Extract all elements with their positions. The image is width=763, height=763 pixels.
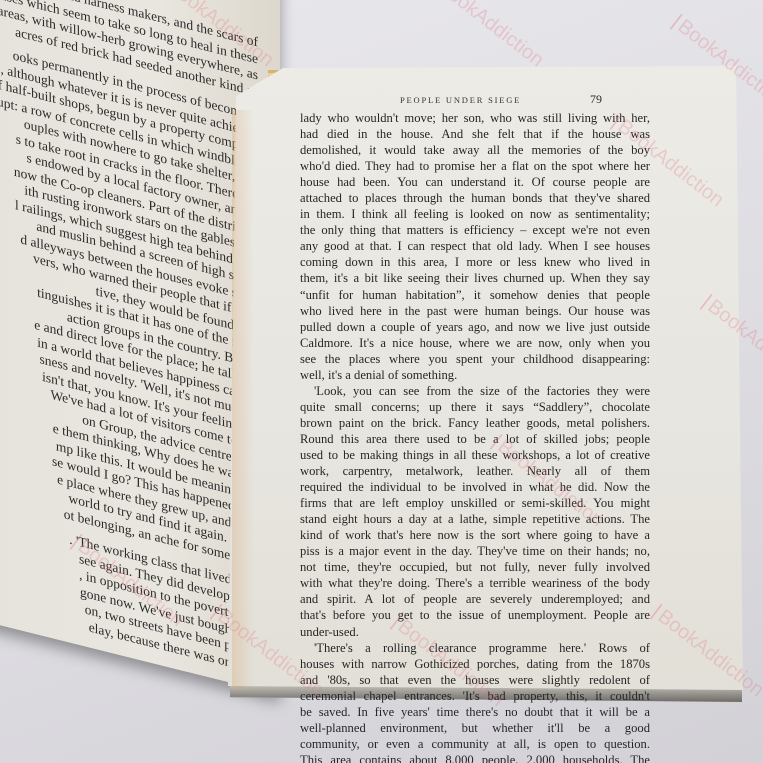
text-line: ceremonial chapel entrances. 'It's bad p…	[300, 688, 650, 704]
text-line: and spirit. A lot of people are severely…	[300, 591, 650, 607]
page-number: 79	[590, 92, 602, 107]
text-line: house had been. You can understand it. O…	[300, 174, 650, 190]
text-line: well, it's a denial of something.	[300, 367, 650, 383]
text-line: in them. I think all feeling is looked o…	[300, 206, 650, 222]
text-line: not time, they're occupied, but not full…	[300, 559, 650, 575]
text-line: that's before you get to the issue of un…	[300, 607, 650, 623]
text-line: who lived here in the past were human be…	[300, 303, 650, 319]
text-line: under-used.	[300, 624, 650, 640]
text-line: lady who wouldn't move; her son, who was…	[300, 110, 650, 126]
text-line: work, carpentry, metalwork, leather. Nea…	[300, 463, 650, 479]
text-line: required the individual to be involved i…	[300, 479, 650, 495]
text-line: them, it's a bit like seeing their lives…	[300, 270, 650, 286]
text-line: houses with narrow Gothicized porches, d…	[300, 656, 650, 672]
text-line: used to be making things in all these wo…	[300, 447, 650, 463]
text-line: This area contains about 8,000 people, 2…	[300, 752, 650, 763]
text-line: see the places where you spent your chil…	[300, 351, 650, 367]
text-line: coming down in this area, I more or less…	[300, 254, 650, 270]
text-line: piss is a major event in the day. They'v…	[300, 543, 650, 559]
text-line: attached to places through the human bon…	[300, 190, 650, 206]
text-line: had died in the house. And she felt that…	[300, 126, 650, 142]
text-line: Caldmore. It's a nice house, where we ar…	[300, 335, 650, 351]
text-line: pulled down a couple of years ago, and n…	[300, 319, 650, 335]
text-line: firms that are left employ unskilled or …	[300, 495, 650, 511]
watermark: BookAddiction	[427, 0, 548, 72]
text-line: Round this area there used to be a lot o…	[300, 431, 650, 447]
text-line: with what they're doing. There's a terri…	[300, 575, 650, 591]
text-line: the only thing that matters is efficienc…	[300, 222, 650, 238]
text-line: kind of work that's here now is the sort…	[300, 527, 650, 543]
gutter-stain	[232, 110, 254, 690]
text-line: community, or even a community at all, i…	[300, 736, 650, 752]
photo-scene: WHAT WENT WRONG? es, saddlers and harnes…	[0, 0, 763, 763]
text-line: 'There's a rolling clearance programme h…	[300, 640, 650, 656]
text-line: demolished, it would take away all the m…	[300, 142, 650, 158]
text-line: be saved. In five years' time there's no…	[300, 704, 650, 720]
text-line: any good at that. I can respect that old…	[300, 238, 650, 254]
text-line: brown paint on the brick. Fancy leather …	[300, 415, 650, 431]
text-line: well-planned environment, but whether it…	[300, 720, 650, 736]
text-line: 'Look, you can see from the size of the …	[300, 383, 650, 399]
text-line: “unfit for human habitation”, it somehow…	[300, 287, 650, 303]
right-running-head: PEOPLE UNDER SIEGE	[400, 95, 521, 105]
right-page-body: lady who wouldn't move; her son, who was…	[300, 110, 650, 763]
text-line: stand eight hours a day at a lathe, simp…	[300, 511, 650, 527]
text-line: who'd died. They had to promise her a fl…	[300, 158, 650, 174]
text-line: quite small concerns; up there it says “…	[300, 399, 650, 415]
text-line: and '80s, so that even the houses were s…	[300, 672, 650, 688]
